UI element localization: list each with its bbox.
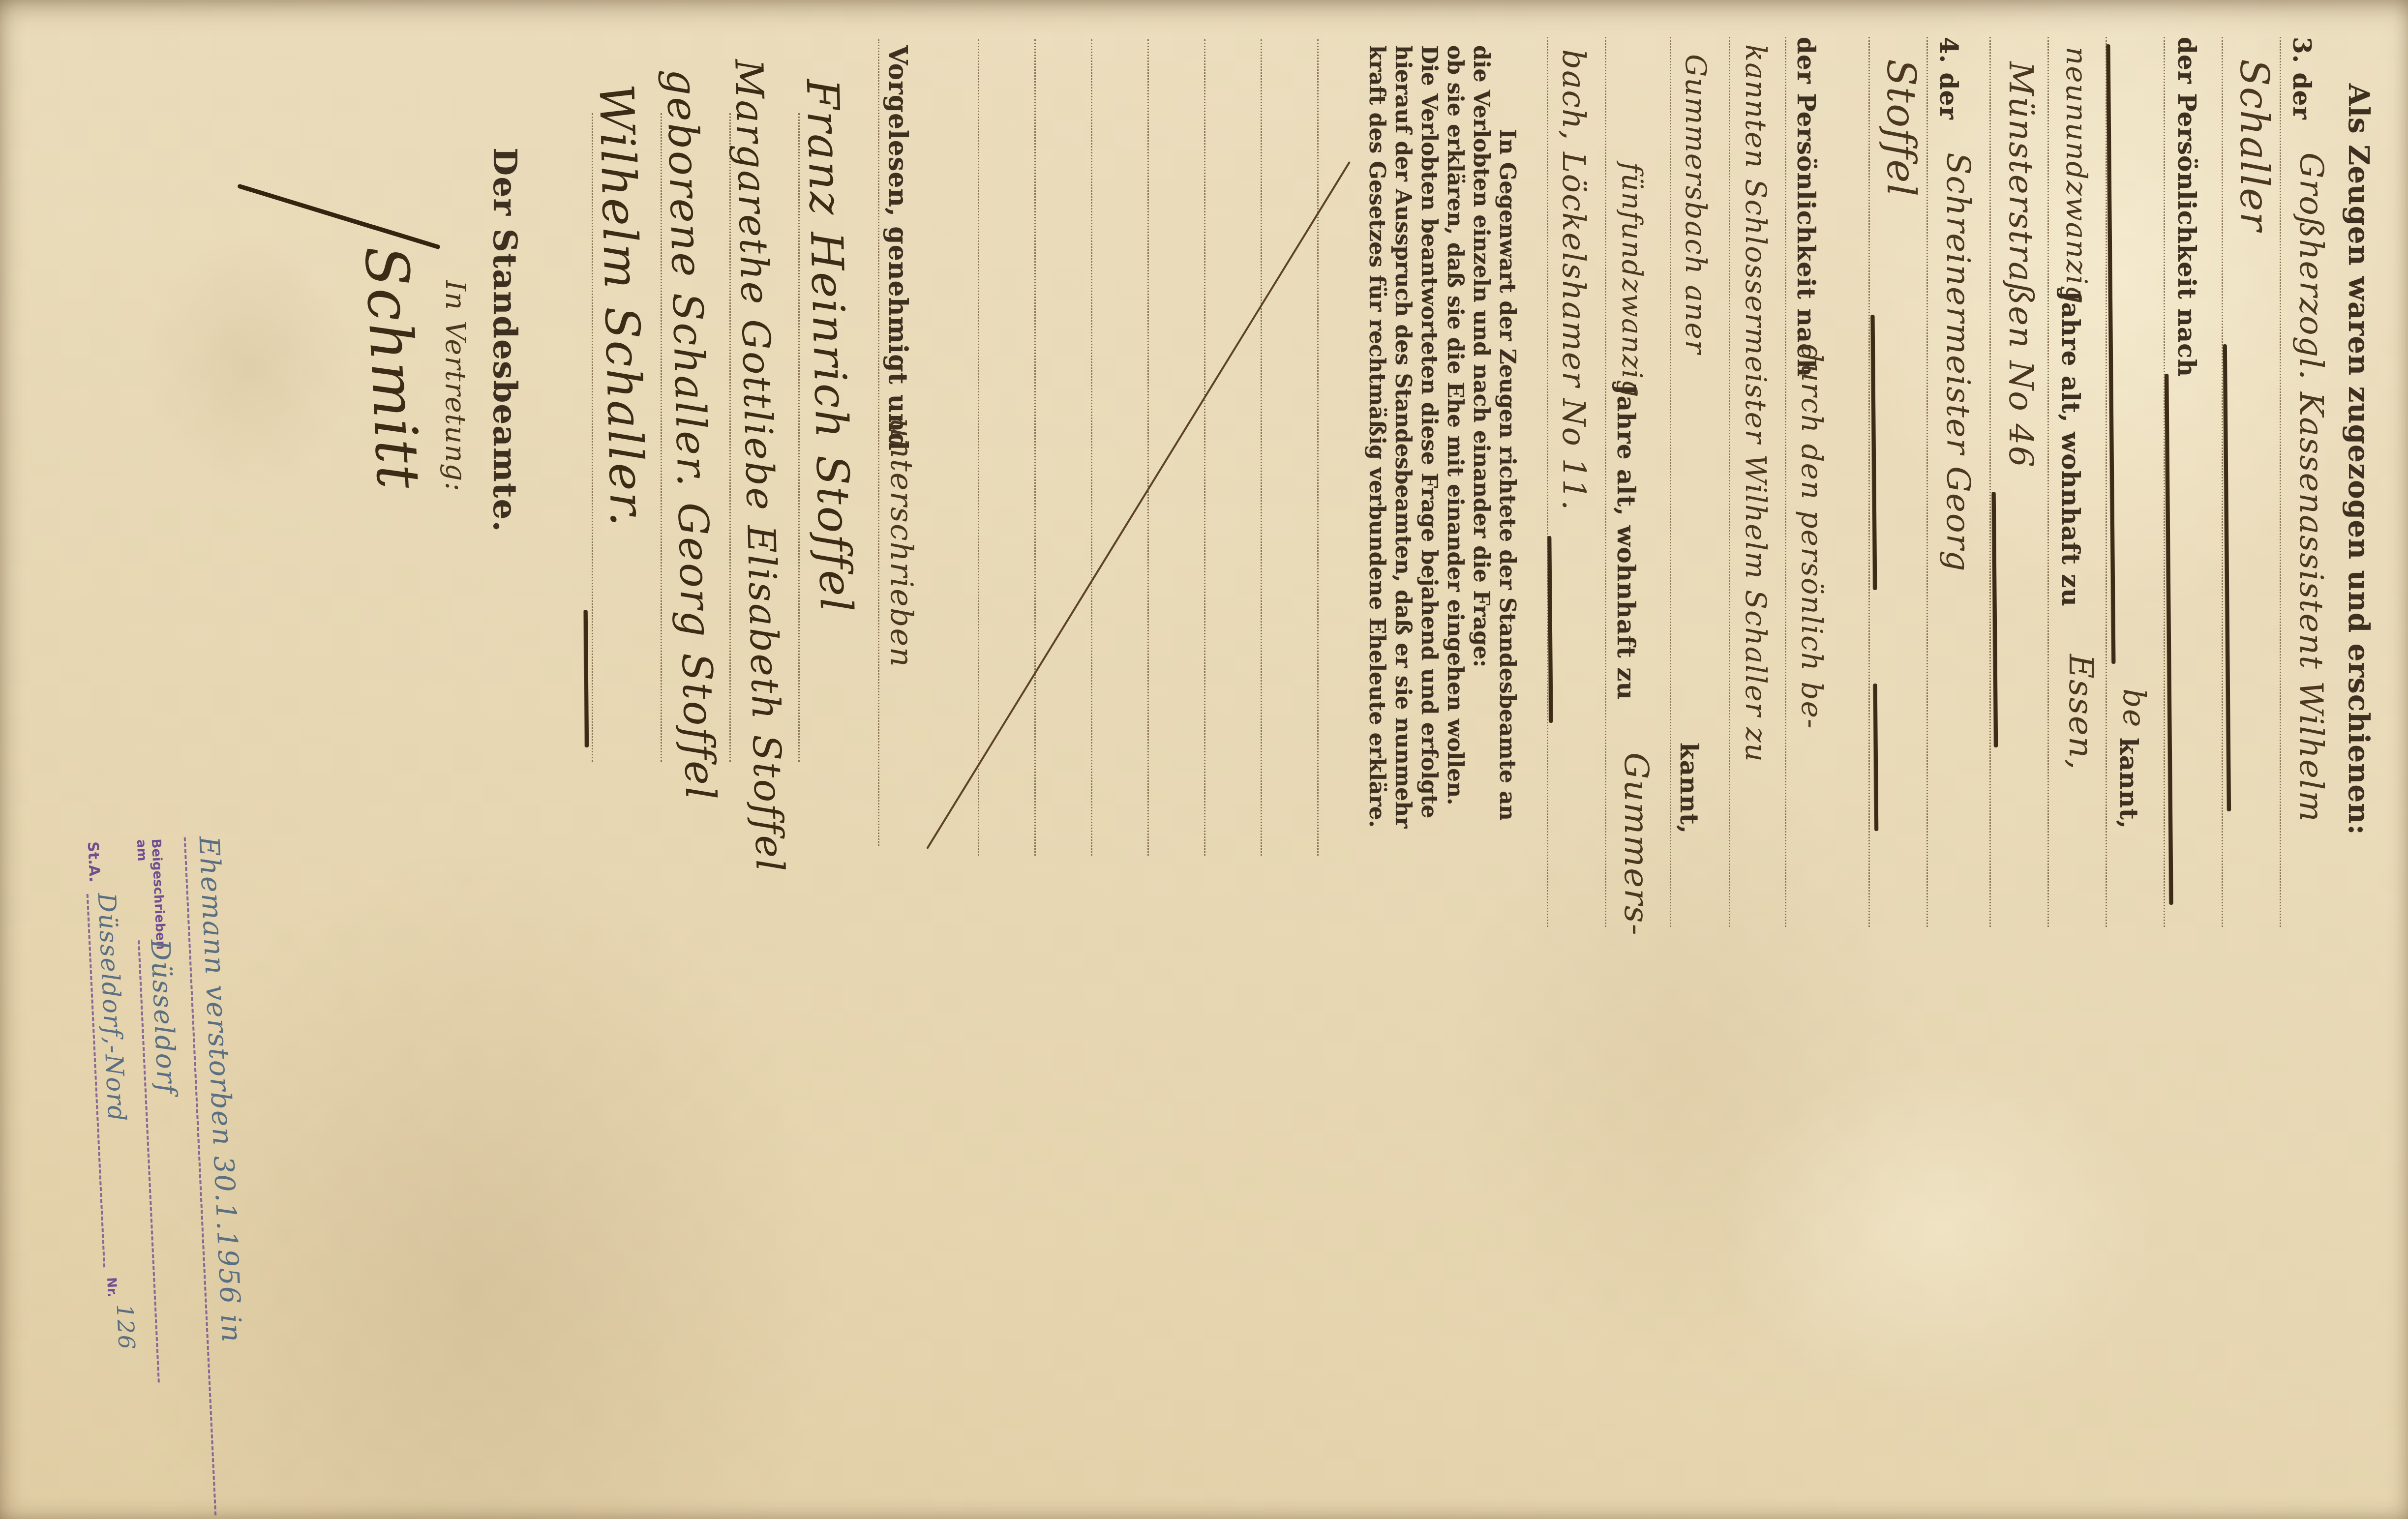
registrar-deputy-note: In Vertretung: [439, 280, 471, 492]
blank-rule [1034, 39, 1078, 856]
witness3-street: Münsterstraßen No 46 [2001, 61, 2040, 468]
paper-stain [146, 236, 352, 492]
witnesses-heading: Als Zeugen waren zugezogen und erschiene… [2342, 84, 2376, 835]
registrar-title: Der Standesbeamte. [486, 148, 524, 533]
stamp-nr-label: Nr. [104, 1277, 120, 1298]
registrar-signature: Schmitt [351, 244, 432, 492]
blank-rule [1091, 39, 1134, 856]
signature-witness-schaller: Wilhelm Schaller. [588, 83, 655, 529]
witness4-recognizer-hw: kannten Schlossermeister Wilhelm Schalle… [1739, 44, 1773, 763]
ink-filler-stroke [584, 610, 589, 747]
stamp-office-value: Düsseldorf,-Nord [87, 893, 138, 1267]
photographed-register-page: Als Zeugen waren zugezogen und erschiene… [0, 0, 2408, 1519]
witness4-identity-hw: durch den persönlich be- [1795, 344, 1829, 729]
witness3-age-printed: Jahre alt, wohnhaft zu [2056, 290, 2085, 607]
declaration-line-3: ob sie erklären, daß sie die Ehe mit ein… [1443, 45, 1468, 805]
witness3-occupation-name: Großherzogl. Kassenassistent Wilhelm [2292, 152, 2330, 823]
witness4-city: Gummers- [1617, 752, 1655, 936]
declaration-line-6: kraft des Gesetzes für rechtmäßig verbun… [1364, 45, 1389, 828]
witness3-identity-label: der Persönlichkeit nach [2172, 37, 2201, 377]
witness4-identity-label: der Persönlichkeit nach [1792, 37, 1821, 377]
blank-rule [1147, 39, 1191, 856]
witness3-number: 3. der [2288, 37, 2317, 120]
closing-printed: Vorgelesen, genehmigt und [883, 45, 913, 451]
declaration-line-5: hierauf der Ausspruch des Standesbeamten… [1390, 45, 1415, 828]
paper-highlight [1719, 1057, 2162, 1401]
witness3-age: neunundzwanzig [2060, 47, 2093, 305]
witness4-occupation-name: Schreinermeister Georg [1939, 152, 1977, 572]
witness3-recognized-hw: be [2116, 688, 2152, 728]
witness4-number: 4. der [1934, 37, 1963, 120]
witness3-recognized-printed: kannt, [2114, 738, 2143, 829]
witness3-city: Essen, [2061, 654, 2100, 771]
stamp-sta-label: St.A. [84, 841, 103, 883]
declaration-line-4: Die Verlobten beantworteten diese Frage … [1416, 45, 1442, 818]
closing-handwritten: unterschrieben [884, 418, 920, 668]
witness4-recognized-hw: Gummersbach aner [1679, 54, 1713, 355]
stamp-city-value: Düsseldorf [138, 939, 196, 1383]
marriage-register-document: Als Zeugen waren zugezogen und erschiene… [0, 0, 2408, 1519]
witness4-surname: Stoffel [1878, 59, 1924, 197]
blank-rule [1204, 39, 1247, 856]
stamp-registered-label: Beigeschrieben am [133, 838, 167, 938]
stamp-nr-value: 126 [112, 1304, 140, 1351]
witness4-age-printed: Jahre alt, wohnhaft zu [1612, 384, 1641, 700]
witness4-age: fünfundzwanzig [1616, 162, 1648, 398]
blank-rule [1317, 39, 1360, 856]
blank-rule [1261, 39, 1304, 856]
declaration-line-2: die Verlobten einzeln und nach einander … [1469, 45, 1494, 667]
marginal-annotation-stamp: Ehemann verstorben 30.1.1956 in Beigesch… [84, 835, 255, 1519]
witness4-recognized-printed: kannt, [1675, 743, 1704, 834]
blank-rule [978, 39, 1021, 856]
witness3-surname: Schaller [2231, 59, 2277, 232]
witness4-street: bach, Löckelshamer No 11. [1555, 49, 1592, 511]
declaration-line-1: In Gegenwart der Zeugen richtete der Sta… [1495, 129, 1520, 821]
